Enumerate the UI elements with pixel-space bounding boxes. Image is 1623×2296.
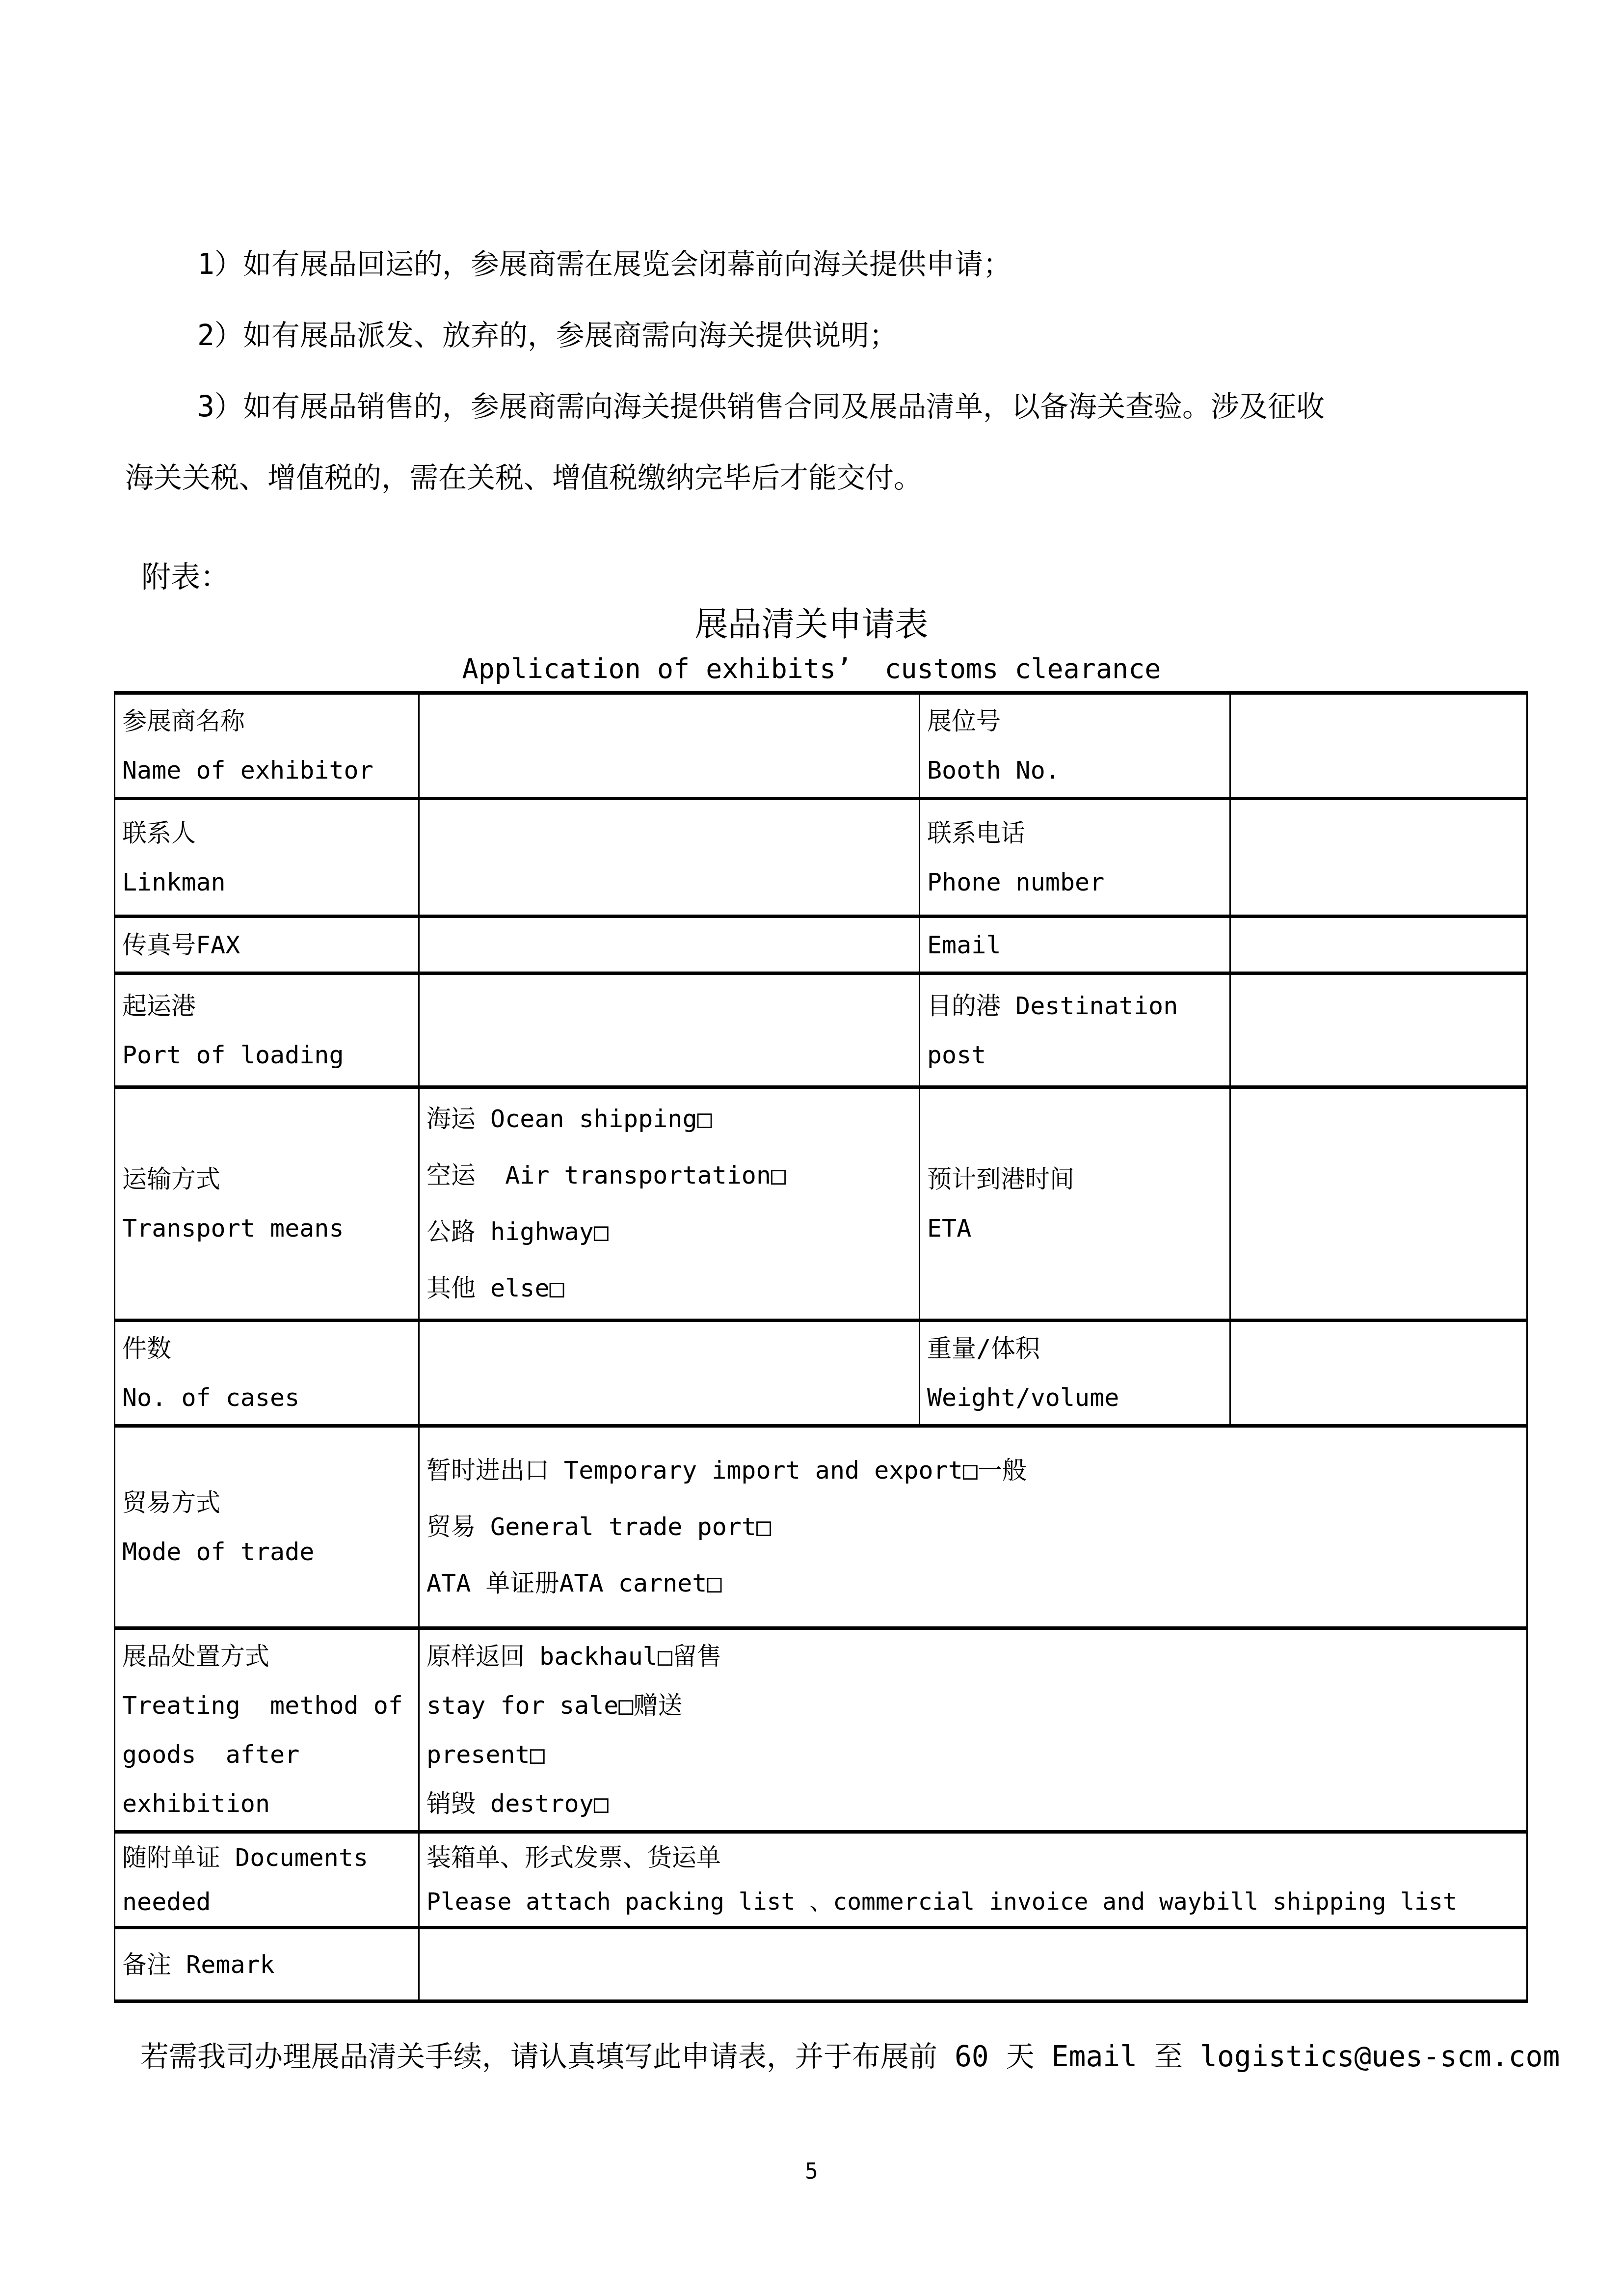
documents-needed-content-zh: 装箱单、形式发票、货运单 (426, 1836, 1519, 1880)
option-backhaul[interactable]: 原样返回 backhaul□留售 (426, 1632, 1519, 1681)
documents-needed-content-en: Please attach packing list 、commercial i… (426, 1880, 1519, 1924)
eta-label-en: ETA (927, 1204, 1223, 1253)
row-cases: 件数 No. of cases 重量/体积 Weight/volume (115, 1321, 1527, 1426)
weight-volume-label-zh: 重量/体积 (927, 1324, 1223, 1373)
phone-number-label-cell: 联系电话 Phone number (920, 799, 1230, 917)
destination-port-label-line1: 目的港 Destination (927, 981, 1223, 1030)
form-title-english: Application of exhibits’ customs clearan… (0, 653, 1623, 684)
remark-value-cell[interactable] (419, 1928, 1527, 2001)
linkman-label-en: Linkman (122, 858, 411, 907)
cases-label-zh: 件数 (122, 1324, 411, 1373)
treating-method-options-cell: 原样返回 backhaul□留售 stay for sale□赠送 presen… (419, 1628, 1527, 1832)
destination-port-value-cell[interactable] (1230, 973, 1527, 1087)
eta-label-cell: 预计到港时间 ETA (920, 1087, 1230, 1321)
option-ocean-shipping[interactable]: 海运 Ocean shipping□ (426, 1091, 912, 1147)
destination-port-label-cell: 目的港 Destination post (920, 973, 1230, 1087)
trade-mode-label-zh: 贸易方式 (122, 1478, 411, 1527)
option-present[interactable]: present□ (426, 1730, 1519, 1779)
port-of-loading-label-cell: 起运港 Port of loading (115, 973, 419, 1087)
booth-no-label-cell: 展位号 Booth No. (920, 693, 1230, 799)
row-ports: 起运港 Port of loading 目的港 Destination post (115, 973, 1527, 1087)
destination-port-label-line2: post (927, 1030, 1223, 1080)
trade-mode-label-cell: 贸易方式 Mode of trade (115, 1426, 419, 1628)
form-title-chinese: 展品清关申请表 (0, 598, 1623, 646)
phone-number-label-en: Phone number (927, 858, 1223, 907)
row-remark: 备注 Remark (115, 1928, 1527, 2001)
row-fax-email: 传真号FAX Email (115, 917, 1527, 973)
option-temporary-import-export[interactable]: 暂时进出口 Temporary import and export□一般 (426, 1442, 1519, 1499)
fax-label: 传真号FAX (122, 920, 411, 970)
documents-needed-label-line2: needed (122, 1880, 411, 1924)
treating-method-label-en3: exhibition (122, 1779, 411, 1828)
fax-value-cell[interactable] (419, 917, 920, 973)
exhibitor-name-label-en: Name of exhibitor (122, 746, 411, 795)
option-ata-carnet[interactable]: ATA 单证册ATA carnet□ (426, 1555, 1519, 1612)
email-value-cell[interactable] (1230, 917, 1527, 973)
port-of-loading-label-zh: 起运港 (122, 981, 411, 1030)
option-destroy[interactable]: 销毁 destroy□ (426, 1779, 1519, 1828)
cases-value-cell[interactable] (419, 1321, 920, 1426)
phone-number-value-cell[interactable] (1230, 799, 1527, 917)
phone-number-label-zh: 联系电话 (927, 809, 1223, 858)
eta-value-cell[interactable] (1230, 1087, 1527, 1321)
linkman-label-cell: 联系人 Linkman (115, 799, 419, 917)
remark-label: 备注 Remark (122, 1940, 411, 1989)
fax-label-cell: 传真号FAX (115, 917, 419, 973)
booth-no-label-zh: 展位号 (927, 697, 1223, 746)
email-label: Email (927, 920, 1223, 970)
exhibitor-name-value-cell[interactable] (419, 693, 920, 799)
footer-note: 若需我司办理展品清关手续，请认真填写此申请表，并于布展前 60 天 Email … (140, 2033, 1560, 2075)
row-treating-method: 展品处置方式 Treating method of goods after ex… (115, 1628, 1527, 1832)
intro-line-3: 3）如有展品销售的，参展商需向海关提供销售合同及展品清单，以备海关查验。涉及征收 (197, 390, 1325, 423)
weight-volume-label-en: Weight/volume (927, 1373, 1223, 1422)
customs-clearance-form-table: 参展商名称 Name of exhibitor 展位号 Booth No. 联系… (114, 691, 1528, 2003)
documents-needed-label-cell: 随附单证 Documents needed (115, 1832, 419, 1928)
weight-volume-label-cell: 重量/体积 Weight/volume (920, 1321, 1230, 1426)
document-page: { "intro": { "lines": [ "1）如有展品回运的，参展商需在… (0, 0, 1623, 2296)
page-number: 5 (0, 2159, 1623, 2184)
attachment-label: 附表： (141, 554, 230, 596)
linkman-label-zh: 联系人 (122, 809, 411, 858)
option-highway[interactable]: 公路 highway□ (426, 1204, 912, 1260)
row-contact: 联系人 Linkman 联系电话 Phone number (115, 799, 1527, 917)
transport-means-label-zh: 运输方式 (122, 1155, 411, 1204)
treating-method-label-zh: 展品处置方式 (122, 1632, 411, 1681)
treating-method-label-cell: 展品处置方式 Treating method of goods after ex… (115, 1628, 419, 1832)
row-exhibitor: 参展商名称 Name of exhibitor 展位号 Booth No. (115, 693, 1527, 799)
transport-options-cell: 海运 Ocean shipping□ 空运 Air transportation… (419, 1087, 920, 1321)
exhibitor-name-label-cell: 参展商名称 Name of exhibitor (115, 693, 419, 799)
cases-label-cell: 件数 No. of cases (115, 1321, 419, 1426)
eta-label-zh: 预计到港时间 (927, 1155, 1223, 1204)
exhibitor-name-label-zh: 参展商名称 (122, 697, 411, 746)
treating-method-label-en1: Treating method of (122, 1681, 411, 1730)
row-documents-needed: 随附单证 Documents needed 装箱单、形式发票、货运单 Pleas… (115, 1832, 1527, 1928)
linkman-value-cell[interactable] (419, 799, 920, 917)
transport-means-label-en: Transport means (122, 1204, 411, 1253)
option-air-transportation[interactable]: 空运 Air transportation□ (426, 1147, 912, 1204)
option-else[interactable]: 其他 else□ (426, 1260, 912, 1317)
option-general-trade[interactable]: 贸易 General trade port□ (426, 1499, 1519, 1555)
email-label-cell: Email (920, 917, 1230, 973)
trade-mode-label-en: Mode of trade (122, 1527, 411, 1576)
port-of-loading-label-en: Port of loading (122, 1030, 411, 1080)
treating-method-label-en2: goods after (122, 1730, 411, 1779)
intro-line-1: 1）如有展品回运的，参展商需在展览会闭幕前向海关提供申请； (197, 248, 1011, 281)
weight-volume-value-cell[interactable] (1230, 1321, 1527, 1426)
trade-mode-options-cell: 暂时进出口 Temporary import and export□一般 贸易 … (419, 1426, 1527, 1628)
row-transport: 运输方式 Transport means 海运 Ocean shipping□ … (115, 1087, 1527, 1321)
row-trade-mode: 贸易方式 Mode of trade 暂时进出口 Temporary impor… (115, 1426, 1527, 1628)
port-of-loading-value-cell[interactable] (419, 973, 920, 1087)
option-stay-for-sale[interactable]: stay for sale□赠送 (426, 1681, 1519, 1730)
remark-label-cell: 备注 Remark (115, 1928, 419, 2001)
cases-label-en: No. of cases (122, 1373, 411, 1422)
intro-line-2: 2）如有展品派发、放弃的，参展商需向海关提供说明； (197, 319, 898, 352)
documents-needed-label-line1: 随附单证 Documents (122, 1836, 411, 1880)
documents-needed-content-cell: 装箱单、形式发票、货运单 Please attach packing list … (419, 1832, 1527, 1928)
intro-line-3-wrap: 海关关税、增值税的，需在关税、增值税缴纳完毕后才能交付。 (125, 461, 922, 494)
booth-no-label-en: Booth No. (927, 746, 1223, 795)
booth-no-value-cell[interactable] (1230, 693, 1527, 799)
transport-means-label-cell: 运输方式 Transport means (115, 1087, 419, 1321)
